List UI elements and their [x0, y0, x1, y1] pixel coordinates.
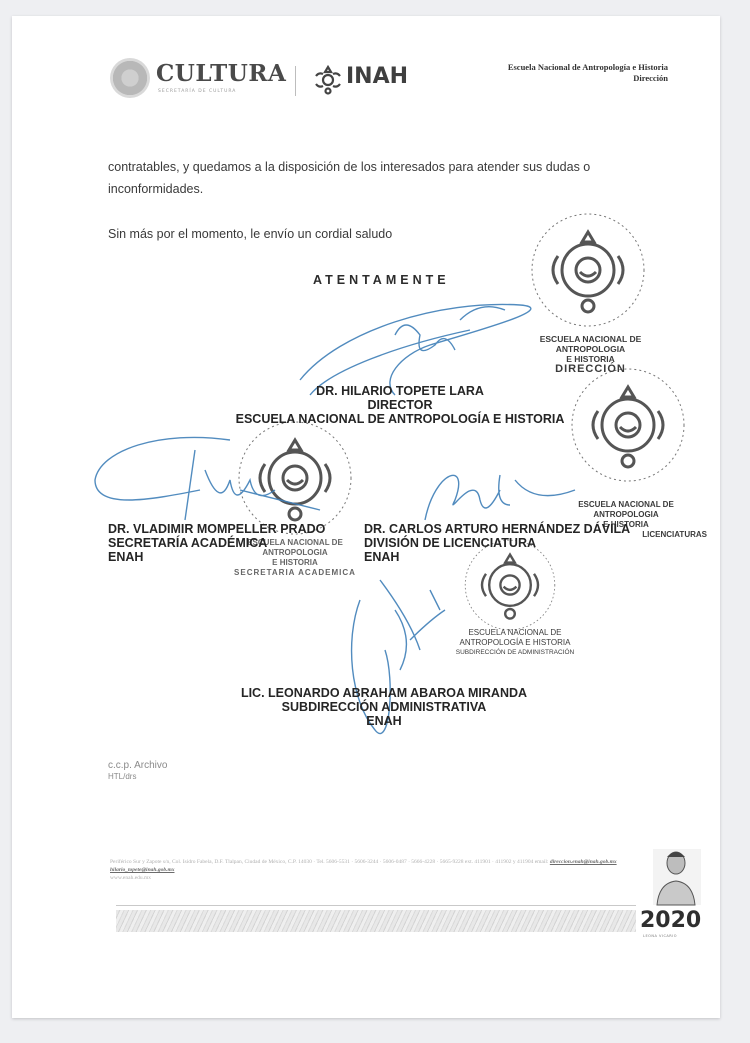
stamp-line: ESCUELA NACIONAL DE [440, 628, 590, 638]
stamp-line: SECRETARIA ACADEMICA [215, 568, 375, 578]
signatory-name: DR. VLADIMIR MOMPELLER PRADO [108, 522, 325, 536]
academic-signature-block: DR. VLADIMIR MOMPELLER PRADO SECRETARÍA … [108, 522, 325, 564]
stamp-line: DIRECCIÓN [508, 364, 673, 374]
signatory-role: SECRETARÍA ACADÉMICA [108, 536, 325, 550]
signatory-name: DR. HILARIO TOPETE LARA [200, 384, 600, 398]
initials-line: HTL/drs [108, 771, 167, 782]
leona-vicario-portrait-icon [645, 847, 707, 907]
director-signature-block: DR. HILARIO TOPETE LARA DIRECTOR ESCUELA… [200, 384, 600, 426]
licenciatura-signature-block: DR. CARLOS ARTURO HERNÁNDEZ DÁVILA DIVIS… [364, 522, 630, 564]
year-subtitle: LEONA VICARIO [643, 934, 677, 938]
website-text: www.enah.edu.mx [110, 874, 630, 882]
signatory-name: LIC. LEONARDO ABRAHAM ABAROA MIRANDA [184, 686, 584, 700]
administracion-stamp-caption: ESCUELA NACIONAL DE ANTROPOLOGÍA E HISTO… [440, 628, 590, 658]
address-text: Periférico Sur y Zapote s/n, Col. Isidro… [110, 859, 548, 865]
email-link[interactable]: hilario_topete@inah.gob.mx [110, 867, 174, 873]
signatory-role: DIVISIÓN DE LICENCIATURA [364, 536, 630, 550]
signatory-name: DR. CARLOS ARTURO HERNÁNDEZ DÁVILA [364, 522, 630, 536]
cc-line: c.c.p. Archivo [108, 760, 167, 771]
signatory-org: ENAH [108, 550, 325, 564]
footer-address: Periférico Sur y Zapote s/n, Col. Isidro… [110, 858, 630, 882]
year-badge: 2020 [640, 908, 701, 933]
signatory-org: ENAH [184, 714, 584, 728]
signatory-org: ESCUELA NACIONAL DE ANTROPOLOGÍA E HISTO… [200, 412, 600, 426]
academica-stamp-icon [239, 422, 351, 534]
stamp-line: SUBDIRECCIÓN DE ADMINISTRACIÓN [440, 648, 590, 658]
signatory-org: ENAH [364, 550, 630, 564]
signatory-role: DIRECTOR [200, 398, 600, 412]
stamp-line: ANTROPOLOGÍA E HISTORIA [440, 638, 590, 648]
signatory-role: SUBDIRECCIÓN ADMINISTRATIVA [184, 700, 584, 714]
email-link[interactable]: direccion.enah@inah.gob.mx [550, 859, 617, 865]
direccion-stamp-icon [532, 214, 644, 326]
decorative-pattern-band [116, 910, 636, 932]
admin-signature-block: LIC. LEONARDO ABRAHAM ABAROA MIRANDA SUB… [184, 686, 584, 728]
direccion-stamp-caption: ESCUELA NACIONAL DE ANTROPOLOGIA E HISTO… [508, 334, 673, 374]
stamp-line: ESCUELA NACIONAL DE ANTROPOLOGIA [508, 334, 673, 354]
carbon-copy: c.c.p. Archivo HTL/drs [108, 760, 167, 782]
stamp-line: ESCUELA NACIONAL DE ANTROPOLOGIA [545, 500, 707, 520]
footer-divider [116, 905, 636, 906]
